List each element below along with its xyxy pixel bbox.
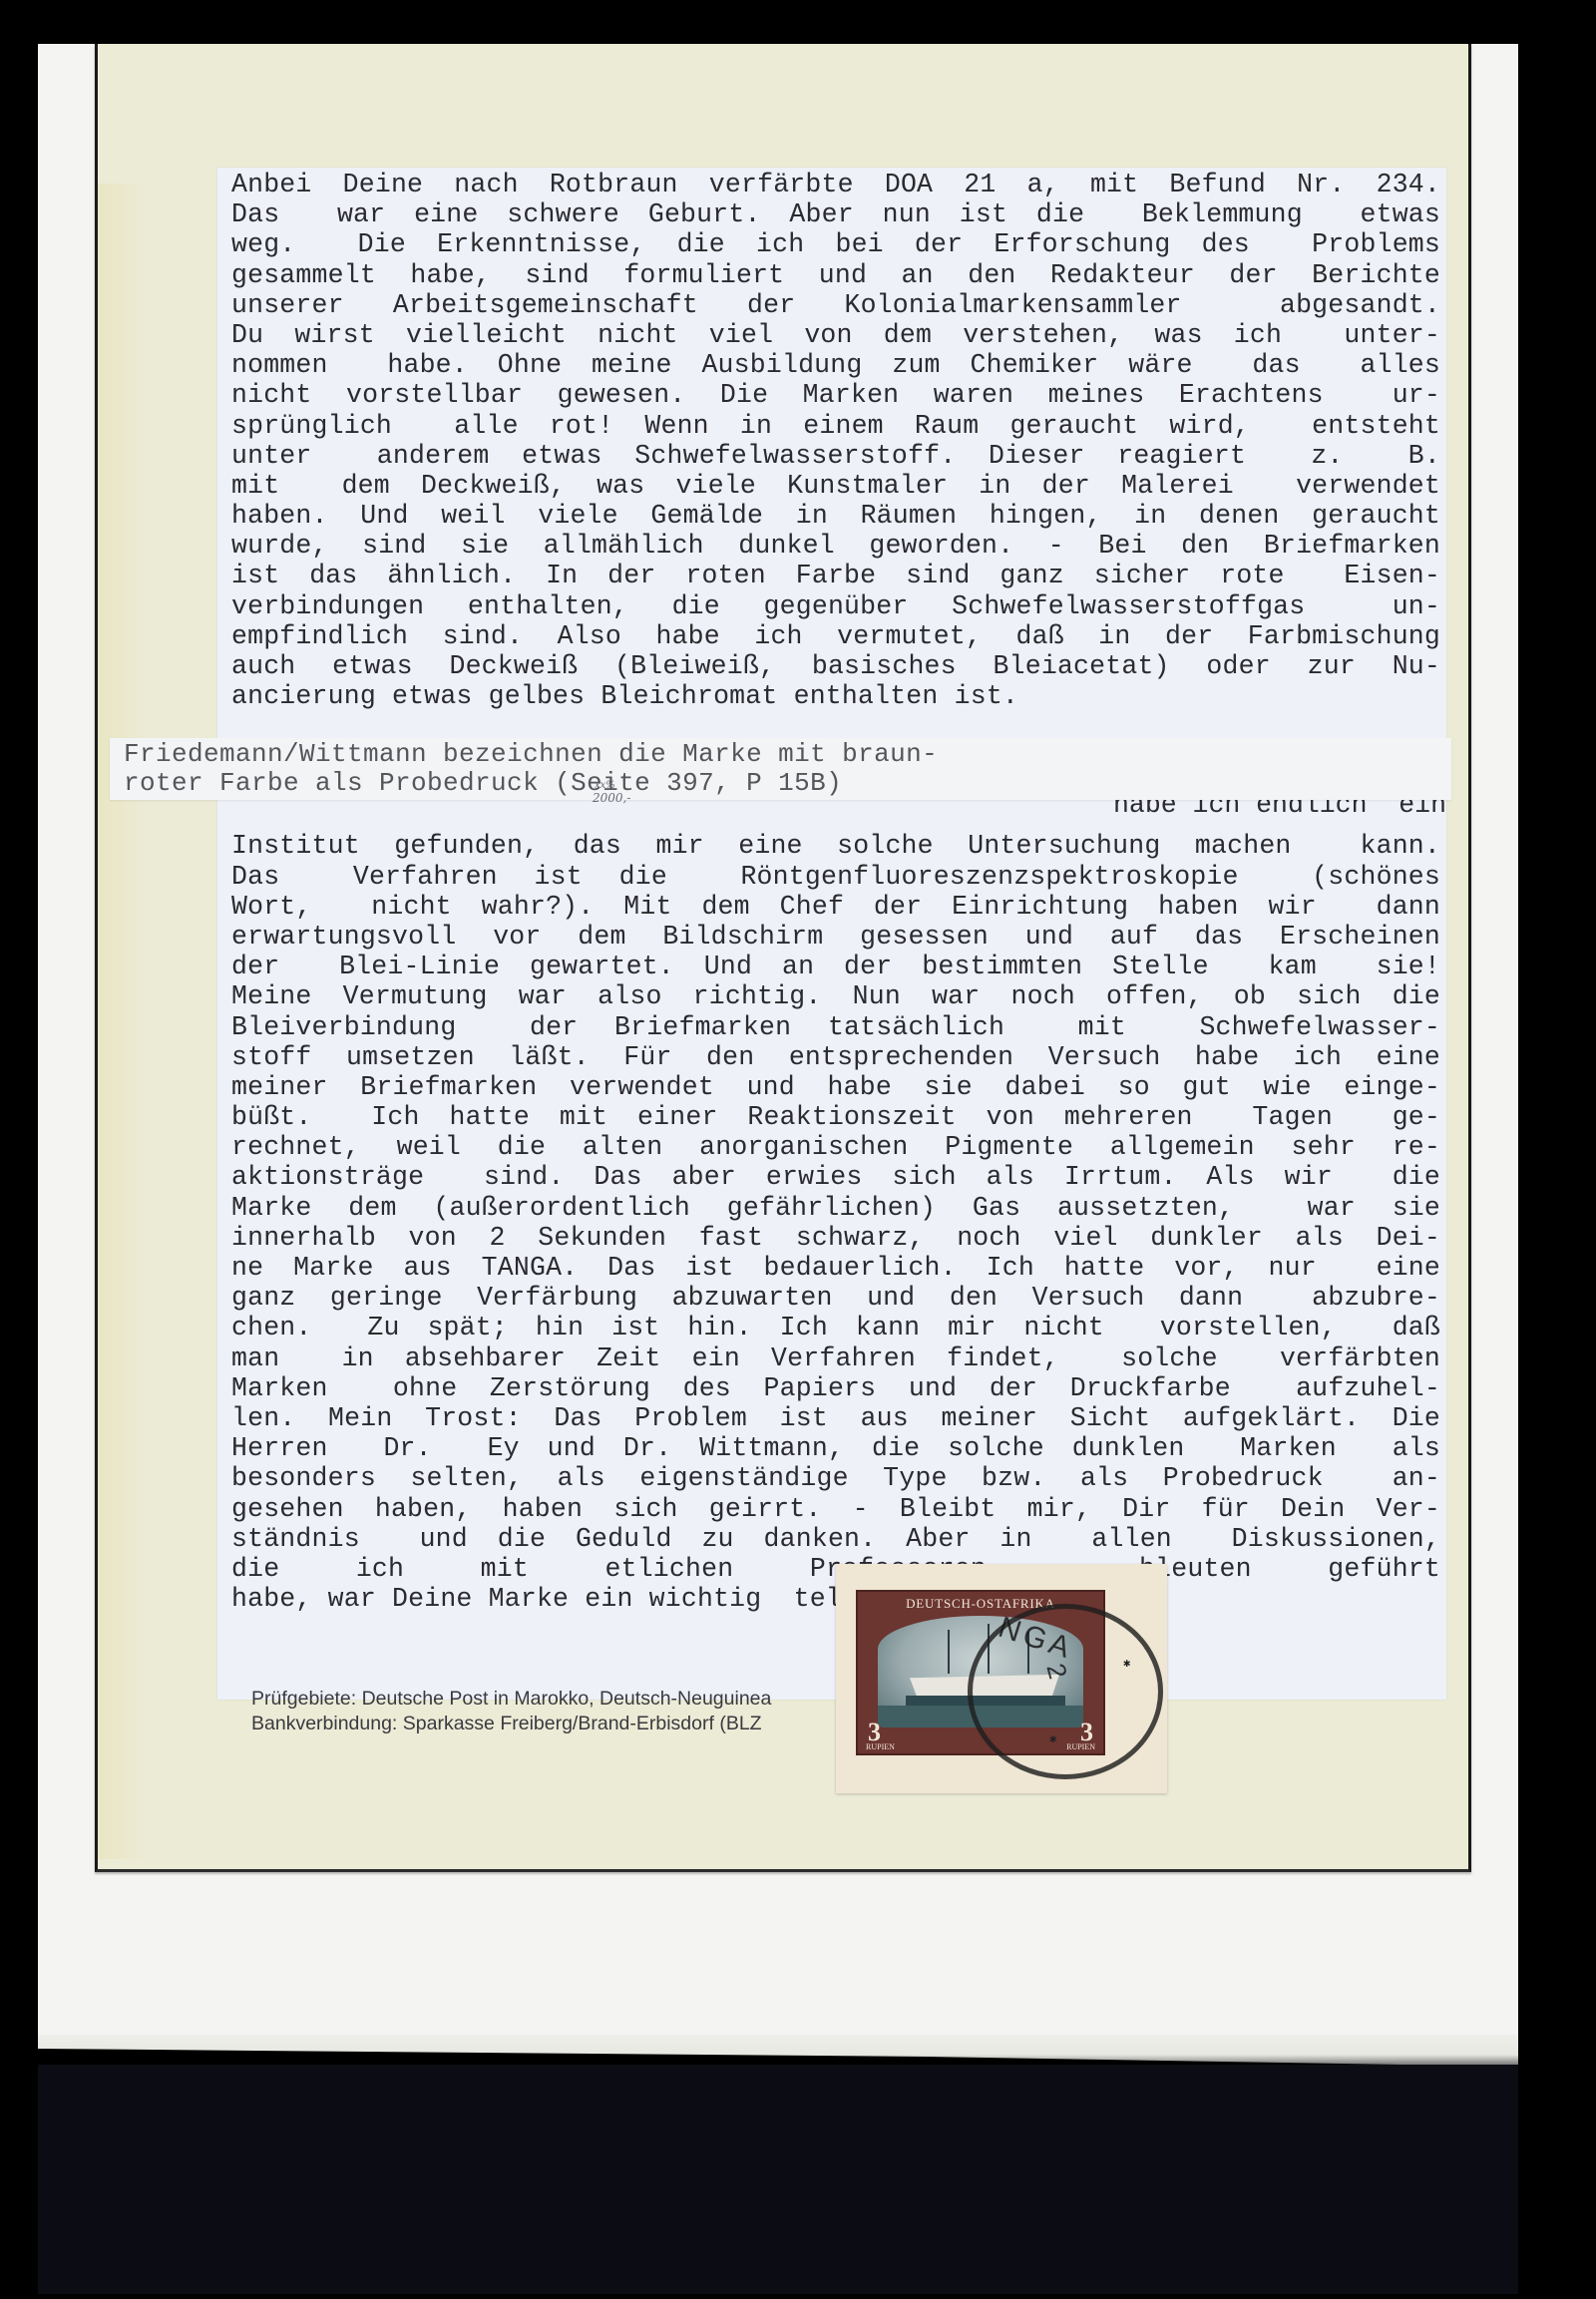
letter-line: unserer Arbeitsgemeinschaft der Kolonial… [231, 290, 1440, 320]
letter-line: Meine Vermutung war also richtig. Nun wa… [231, 981, 1440, 1011]
letter-line: Das Verfahren ist die Röntgenfluoreszenz… [231, 862, 1440, 892]
letter-line: gesehen haben, haben sich geirrt. - Blei… [231, 1494, 1440, 1524]
stamp-on-piece: DEUTSCH-OSTAFRIKA 3 3 RUPIEN RUPIEN NGA … [836, 1564, 1167, 1793]
letter-body: Anbei Deine nach Rotbraun verfärbte DOA … [231, 170, 1440, 1614]
letter-line: meiner Briefmarken verwendet und habe si… [231, 1072, 1440, 1102]
letter-line: empfindlich sind. Also habe ich vermutet… [231, 621, 1440, 651]
letter-line: Institut gefunden, das mir eine solche U… [231, 831, 1440, 861]
letter-line: besonders selten, als eigenständige Type… [231, 1463, 1440, 1493]
letter-line: Wort, nicht wahr?). Mit dem Chef der Ein… [231, 892, 1440, 922]
star-icon: ✱ [1049, 1731, 1056, 1746]
footer-line-exam-areas: Prüfgebiete: Deutsche Post in Marokko, D… [251, 1688, 771, 1710]
letter-line: weg. Die Erkenntnisse, die ich bei der E… [231, 229, 1440, 259]
letter-line: Bleiverbindung der Briefmarken tatsächli… [231, 1012, 1440, 1042]
footer-line-bank: Bankverbindung: Sparkasse Freiberg/Brand… [251, 1713, 762, 1734]
letter-line: wurde, sind sie allmählich dunkel geword… [231, 531, 1440, 561]
note-line: roter Farbe als Probedruck (Seite 397, P… [124, 768, 842, 798]
letter-line: nicht vorstellbar gewesen. Die Marken wa… [231, 380, 1440, 410]
letter-line: mit dem Deckweiß, was viele Kunstmaler i… [231, 471, 1440, 501]
note-line: Friedemann/Wittmann bezeichnen die Marke… [124, 739, 938, 769]
letter-line: innerhalb von 2 Sekunden fast schwarz, n… [231, 1223, 1440, 1253]
handwritten-price: xx% 2000,- [593, 780, 630, 804]
letter-line: len. Mein Trost: Das Problem ist aus mei… [231, 1403, 1440, 1433]
letter-line: büßt. Ich hatte mit einer Reaktionszeit … [231, 1102, 1440, 1132]
catalog-note-strip: Friedemann/Wittmann bezeichnen die Marke… [110, 738, 1451, 800]
star-icon: ✱ [1123, 1656, 1130, 1671]
letter-line: unter anderem etwas Schwefelwasserstoff.… [231, 441, 1440, 471]
letter-line: nommen habe. Ohne meine Ausbildung zum C… [231, 350, 1440, 380]
letter-line: Herren Dr. Ey und Dr. Wittmann, die solc… [231, 1433, 1440, 1463]
letter-line: auch etwas Deckweiß (Bleiweiß, basisches… [231, 651, 1440, 681]
letter-line: Das war eine schwere Geburt. Aber nun is… [231, 199, 1440, 229]
letter-line: ne Marke aus TANGA. Das ist bedauerlich.… [231, 1253, 1440, 1283]
letter-line: stoff umsetzen läßt. Für den entsprechen… [231, 1042, 1440, 1072]
letter-line: ancierung etwas gelbes Bleichromat entha… [231, 681, 1440, 711]
letter-line: aktionsträge sind. Das aber erwies sich … [231, 1162, 1440, 1192]
letter-line: verbindungen enthalten, die gegenüber Sc… [231, 591, 1440, 621]
letter-paragraph-top: Anbei Deine nach Rotbraun verfärbte DOA … [231, 170, 1440, 711]
letter-line: Du wirst vielleicht nicht viel von dem v… [231, 320, 1440, 350]
letter-line: Marken ohne Zerstörung des Papiers und d… [231, 1373, 1440, 1403]
letter-line: man in absehbarer Zeit ein Verfahren fin… [231, 1343, 1440, 1373]
letterhead-footer: Prüfgebiete: Deutsche Post in Marokko, D… [251, 1687, 771, 1736]
typed-letter: Anbei Deine nach Rotbraun verfärbte DOA … [217, 168, 1446, 1700]
letter-line: ist das ähnlich. In der roten Farbe sind… [231, 561, 1440, 590]
letter-line: ständnis und die Geduld zu danken. Aber … [231, 1524, 1440, 1554]
letter-line: ganz geringe Verfärbung abzuwarten und d… [231, 1283, 1440, 1313]
letter-line: erwartungsvoll vor dem Bildschirm gesess… [231, 922, 1440, 952]
letter-line: rechnet, weil die alten anorganischen Pi… [231, 1132, 1440, 1162]
background-surface [38, 2065, 1518, 2294]
letter-line: sprünglich alle rot! Wenn in einem Raum … [231, 411, 1440, 441]
letter-line: chen. Zu spät; hin ist hin. Ich kann mir… [231, 1313, 1440, 1342]
letter-line: Anbei Deine nach Rotbraun verfärbte DOA … [231, 170, 1440, 199]
letter-line: der Blei-Linie gewartet. Und an der best… [231, 952, 1440, 981]
letter-line: Marke dem (außerordentlich gefährlichen)… [231, 1193, 1440, 1223]
letter-paragraph-bottom: Institut gefunden, das mir eine solche U… [231, 831, 1440, 1614]
letter-line: gesammelt habe, sind formuliert und an d… [231, 260, 1440, 290]
letter-line: haben. Und weil viele Gemälde in Räumen … [231, 501, 1440, 531]
